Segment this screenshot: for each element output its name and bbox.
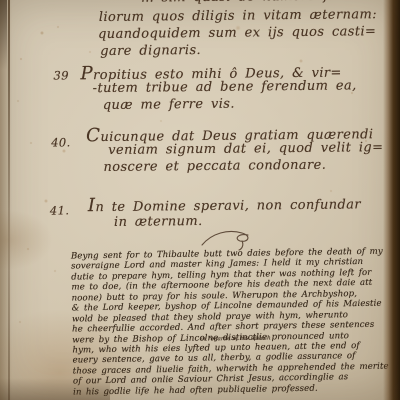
manuscript-line: quandoquidem sum ex ijs quos casti= (98, 24, 376, 42)
manuscript-line: quæ me ferre vis. (103, 97, 235, 113)
entry-number-40: 40. (51, 135, 71, 149)
latin-psalm-section: … sim quasi de numero fi= liorum quos di… (0, 0, 400, 252)
top-left-binding-shadow (0, 0, 7, 70)
english-note-section: Beyng sent for to Thibaulte butt two dai… (71, 246, 395, 397)
manuscript-line: in æternum. (114, 214, 203, 230)
manuscript-line: noscere et peccata condonare. (103, 158, 326, 175)
manuscript-page: … sim quasi de numero fi= liorum quos di… (0, 0, 400, 400)
page-edge-line (8, 0, 10, 400)
entry-number-41: 41. (50, 203, 70, 217)
book-fore-edge (383, 0, 400, 400)
manuscript-line: -tutem tribue ad bene ferendum ea, (93, 78, 357, 96)
entry-number-39: 39 (53, 68, 69, 82)
manuscript-line-fragment: … sim quasi de numero fi= (141, 0, 345, 6)
manuscript-photo: … sim quasi de numero fi= liorum quos di… (0, 0, 400, 400)
manuscript-line: In te Domine speravi, non confundar (88, 192, 361, 216)
manuscript-line: liorum quos diligis in vitam æternam: (99, 7, 377, 25)
manuscript-line: veniam signum dat ei, quod velit ig= (108, 140, 383, 158)
manuscript-line: gare dignaris. (100, 43, 201, 59)
interlinear-insertion: in regarde of his speach (200, 335, 271, 342)
bottom-shadow (0, 378, 110, 400)
